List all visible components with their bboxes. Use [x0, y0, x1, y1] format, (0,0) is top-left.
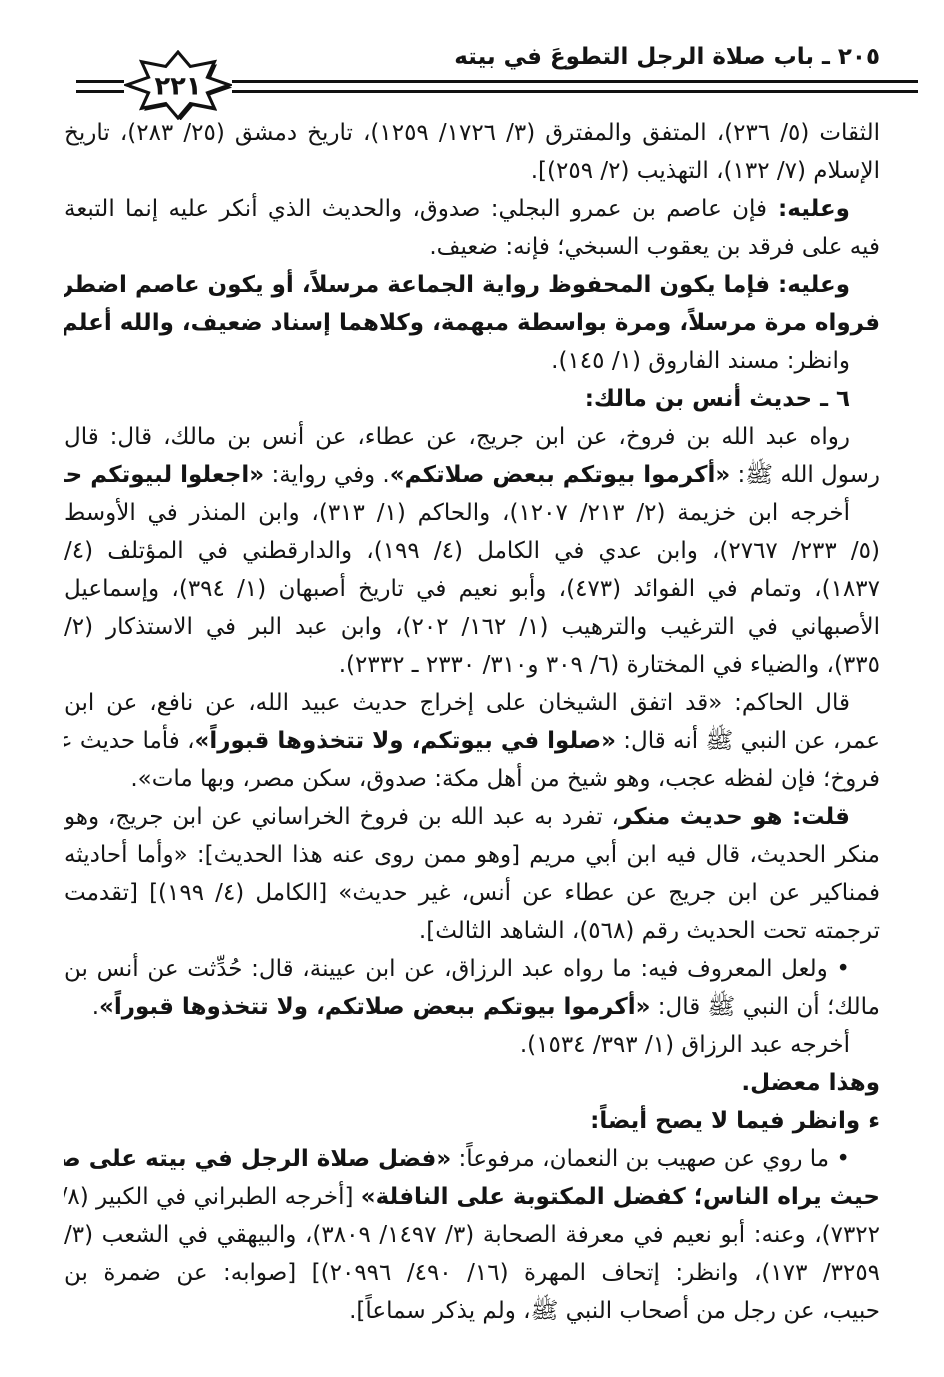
page-number-ornament: ٢٢١: [124, 50, 232, 120]
text-line: منكر الحديث، قال فيه ابن أبي مريم [وهو م…: [64, 836, 880, 874]
text-line: الأصبهاني في الترغيب والترهيب (١/ ١٦٢/ ٢…: [64, 608, 880, 646]
bold-text-run: ٦ ـ حديث أنس بن مالك:: [585, 386, 850, 412]
text-line: الثقات (٥/ ٢٣٦)، المتفق والمفترق (٣/ ١٧٢…: [64, 114, 880, 152]
text-run: فإن عاصم بن عمرو البجلي: صدوق، والحديث ا…: [64, 196, 767, 222]
text-run: فيه على فرقد بن يعقوب السبخي؛ فإنه: ضعيف…: [429, 234, 880, 260]
text-line: فرواه مرة مرسلاً، ومرة بواسطة مبهمة، وكل…: [64, 304, 880, 342]
bold-text-run: وعليه: فإما يكون المحفوظ رواية الجماعة م…: [64, 272, 850, 298]
text-run: ٧٣٢٢)، وعنه: أبو نعيم في معرفة الصحابة (…: [64, 1222, 880, 1248]
text-line: فمناكير عن ابن جريج عن عطاء عن أنس، غير …: [64, 874, 880, 912]
bold-text-run: حيث يراه الناس؛ كفضل المكتوبة على النافل…: [361, 1184, 880, 1210]
bold-text-run: «صلوا في بيوتكم، ولا تتخذوها قبوراً»: [195, 728, 616, 754]
text-run: ١٨٣٧)، وتمام في الفوائد (٤٧٣)، وأبو نعيم…: [64, 576, 880, 602]
text-run: فمناكير عن ابن جريج عن عطاء عن أنس، غير …: [64, 880, 880, 906]
text-line: • ولعل المعروف فيه: ما رواه عبد الرزاق، …: [64, 950, 880, 988]
text-line: أخرجه عبد الرزاق (١/ ٣٩٣/ ١٥٣٤).: [64, 1026, 880, 1064]
text-run: فروخ؛ فإن لفظه عجب، وهو شيخ من أهل مكة: …: [130, 766, 880, 792]
text-line: ٣٣٥)، والضياء في المختارة (٦/ ٣٠٩ و٣١٠/ …: [64, 646, 880, 684]
text-line: فروخ؛ فإن لفظه عجب، وهو شيخ من أهل مكة: …: [64, 760, 880, 798]
text-run: ٣٣٥)، والضياء في المختارة (٦/ ٣٠٩ و٣١٠/ …: [339, 652, 880, 678]
text-run: منكر الحديث، قال فيه ابن أبي مريم [وهو م…: [64, 842, 880, 868]
text-run: رواه عبد الله بن فروخ، عن ابن جريج، عن ع…: [64, 424, 850, 450]
text-run: ترجمته تحت الحديث رقم (٥٦٨)، الشاهد الثا…: [419, 918, 880, 944]
text-run: الثقات (٥/ ٢٣٦)، المتفق والمفترق (٣/ ١٧٢…: [64, 120, 880, 146]
text-line: حبيب، عن رجل من أصحاب النبي ﷺ، ولم يذكر …: [64, 1292, 880, 1330]
header-rule-right: [232, 80, 918, 93]
text-line: فيه على فرقد بن يعقوب السبخي؛ فإنه: ضعيف…: [64, 228, 880, 266]
bold-text-run: قلت: هو حديث منكر: [619, 804, 850, 830]
bold-text-run: ء وانظر فيما لا يصح أيضاً:: [590, 1108, 880, 1134]
text-run: ٣٢٥٩/ ١٧٣)، وانظر: إتحاف المهرة (١٦/ ٤٩٠…: [64, 1260, 880, 1286]
text-run: ، فأما حديث عبد الله بن: [64, 728, 195, 754]
text-line: ٦ ـ حديث أنس بن مالك:: [64, 380, 880, 418]
text-run: حبيب، عن رجل من أصحاب النبي ﷺ، ولم يذكر …: [349, 1298, 880, 1324]
bold-text-run: وهذا معضل.: [741, 1070, 880, 1096]
text-run: مالك؛ أن النبي ﷺ قال:: [650, 994, 880, 1020]
text-run: (٥/ ٢٣٣/ ٢٧٦٧)، وابن عدي في الكامل (٤/ ١…: [64, 538, 880, 564]
book-page: ٢٠٥ ـ باب صلاة الرجل التطوعَ في بيته ٢٢١…: [0, 0, 944, 1377]
text-line: • ما روي عن صهيب بن النعمان، مرفوعاً: «ف…: [64, 1140, 880, 1178]
text-line: ١٨٣٧)، وتمام في الفوائد (٤٧٣)، وأبو نعيم…: [64, 570, 880, 608]
text-line: قال الحاكم: «قد اتفق الشيخان على إخراج ح…: [64, 684, 880, 722]
bold-text-run: وعليه:: [767, 196, 850, 222]
text-run: قال الحاكم: «قد اتفق الشيخان على إخراج ح…: [64, 690, 850, 716]
text-line: ء وانظر فيما لا يصح أيضاً:: [64, 1102, 880, 1140]
text-run: [أخرجه الطبراني في الكبير (٨/ ٤٦/: [64, 1184, 361, 1210]
text-line: قلت: هو حديث منكر، تفرد به عبد الله بن ف…: [64, 798, 880, 836]
bold-text-run: «أكرموا بيوتكم ببعض صلاتكم»: [390, 462, 730, 488]
text-line: وعليه: فإن عاصم بن عمرو البجلي: صدوق، وا…: [64, 190, 880, 228]
text-line: رواه عبد الله بن فروخ، عن ابن جريج، عن ع…: [64, 418, 880, 456]
bold-text-run: فرواه مرة مرسلاً، ومرة بواسطة مبهمة، وكل…: [64, 310, 880, 336]
text-run: عمر، عن النبي ﷺ أنه قال:: [616, 728, 880, 754]
text-run: • ما روي عن صهيب بن النعمان، مرفوعاً:: [451, 1146, 850, 1172]
text-line: ترجمته تحت الحديث رقم (٥٦٨)، الشاهد الثا…: [64, 912, 880, 950]
text-line: وعليه: فإما يكون المحفوظ رواية الجماعة م…: [64, 266, 880, 304]
text-run: الإسلام (٧/ ١٣٢)، التهذيب (٢/ ٢٥٩)].: [531, 158, 880, 184]
text-line: الإسلام (٧/ ١٣٢)، التهذيب (٢/ ٢٥٩)].: [64, 152, 880, 190]
text-run: الأصبهاني في الترغيب والترهيب (١/ ١٦٢/ ٢…: [64, 614, 880, 640]
text-run: .: [92, 994, 99, 1020]
bold-text-run: «اجعلوا لبيوتكم حظاً من صلاتكم»: [64, 462, 264, 488]
header-rule-left: [76, 80, 124, 93]
bold-text-run: «فضل صلاة الرجل في بيته على صلاته: [64, 1146, 451, 1172]
text-run: أخرجه عبد الرزاق (١/ ٣٩٣/ ١٥٣٤).: [520, 1032, 850, 1058]
text-line: أخرجه ابن خزيمة (٢/ ٢١٣/ ١٢٠٧)، والحاكم …: [64, 494, 880, 532]
text-line: مالك؛ أن النبي ﷺ قال: «أكرموا بيوتكم ببع…: [64, 988, 880, 1026]
bold-text-run: «أكرموا بيوتكم ببعض صلاتكم، ولا تتخذوها …: [99, 994, 650, 1020]
text-line: ٧٣٢٢)، وعنه: أبو نعيم في معرفة الصحابة (…: [64, 1216, 880, 1254]
text-line: حيث يراه الناس؛ كفضل المكتوبة على النافل…: [64, 1178, 880, 1216]
page-number: ٢٢١: [154, 71, 201, 101]
text-line: ٣٢٥٩/ ١٧٣)، وانظر: إتحاف المهرة (١٦/ ٤٩٠…: [64, 1254, 880, 1292]
text-run: أخرجه ابن خزيمة (٢/ ٢١٣/ ١٢٠٧)، والحاكم …: [64, 500, 850, 526]
text-run: ، تفرد به عبد الله بن فروخ الخراساني عن …: [64, 804, 619, 830]
text-line: (٥/ ٢٣٣/ ٢٧٦٧)، وابن عدي في الكامل (٤/ ١…: [64, 532, 880, 570]
text-line: رسول الله ﷺ: «أكرموا بيوتكم ببعض صلاتكم»…: [64, 456, 880, 494]
text-run: وانظر: مسند الفاروق (١/ ١٤٥).: [551, 348, 850, 374]
text-run: . وفي رواية:: [264, 462, 390, 488]
text-line: عمر، عن النبي ﷺ أنه قال: «صلوا في بيوتكم…: [64, 722, 880, 760]
text-line: وهذا معضل.: [64, 1064, 880, 1102]
text-line: وانظر: مسند الفاروق (١/ ١٤٥).: [64, 342, 880, 380]
chapter-title: ٢٠٥ ـ باب صلاة الرجل التطوعَ في بيته: [454, 44, 880, 70]
text-run: رسول الله ﷺ:: [730, 462, 880, 488]
text-run: • ولعل المعروف فيه: ما رواه عبد الرزاق، …: [64, 956, 850, 982]
page-body: الثقات (٥/ ٢٣٦)، المتفق والمفترق (٣/ ١٧٢…: [64, 114, 880, 1330]
